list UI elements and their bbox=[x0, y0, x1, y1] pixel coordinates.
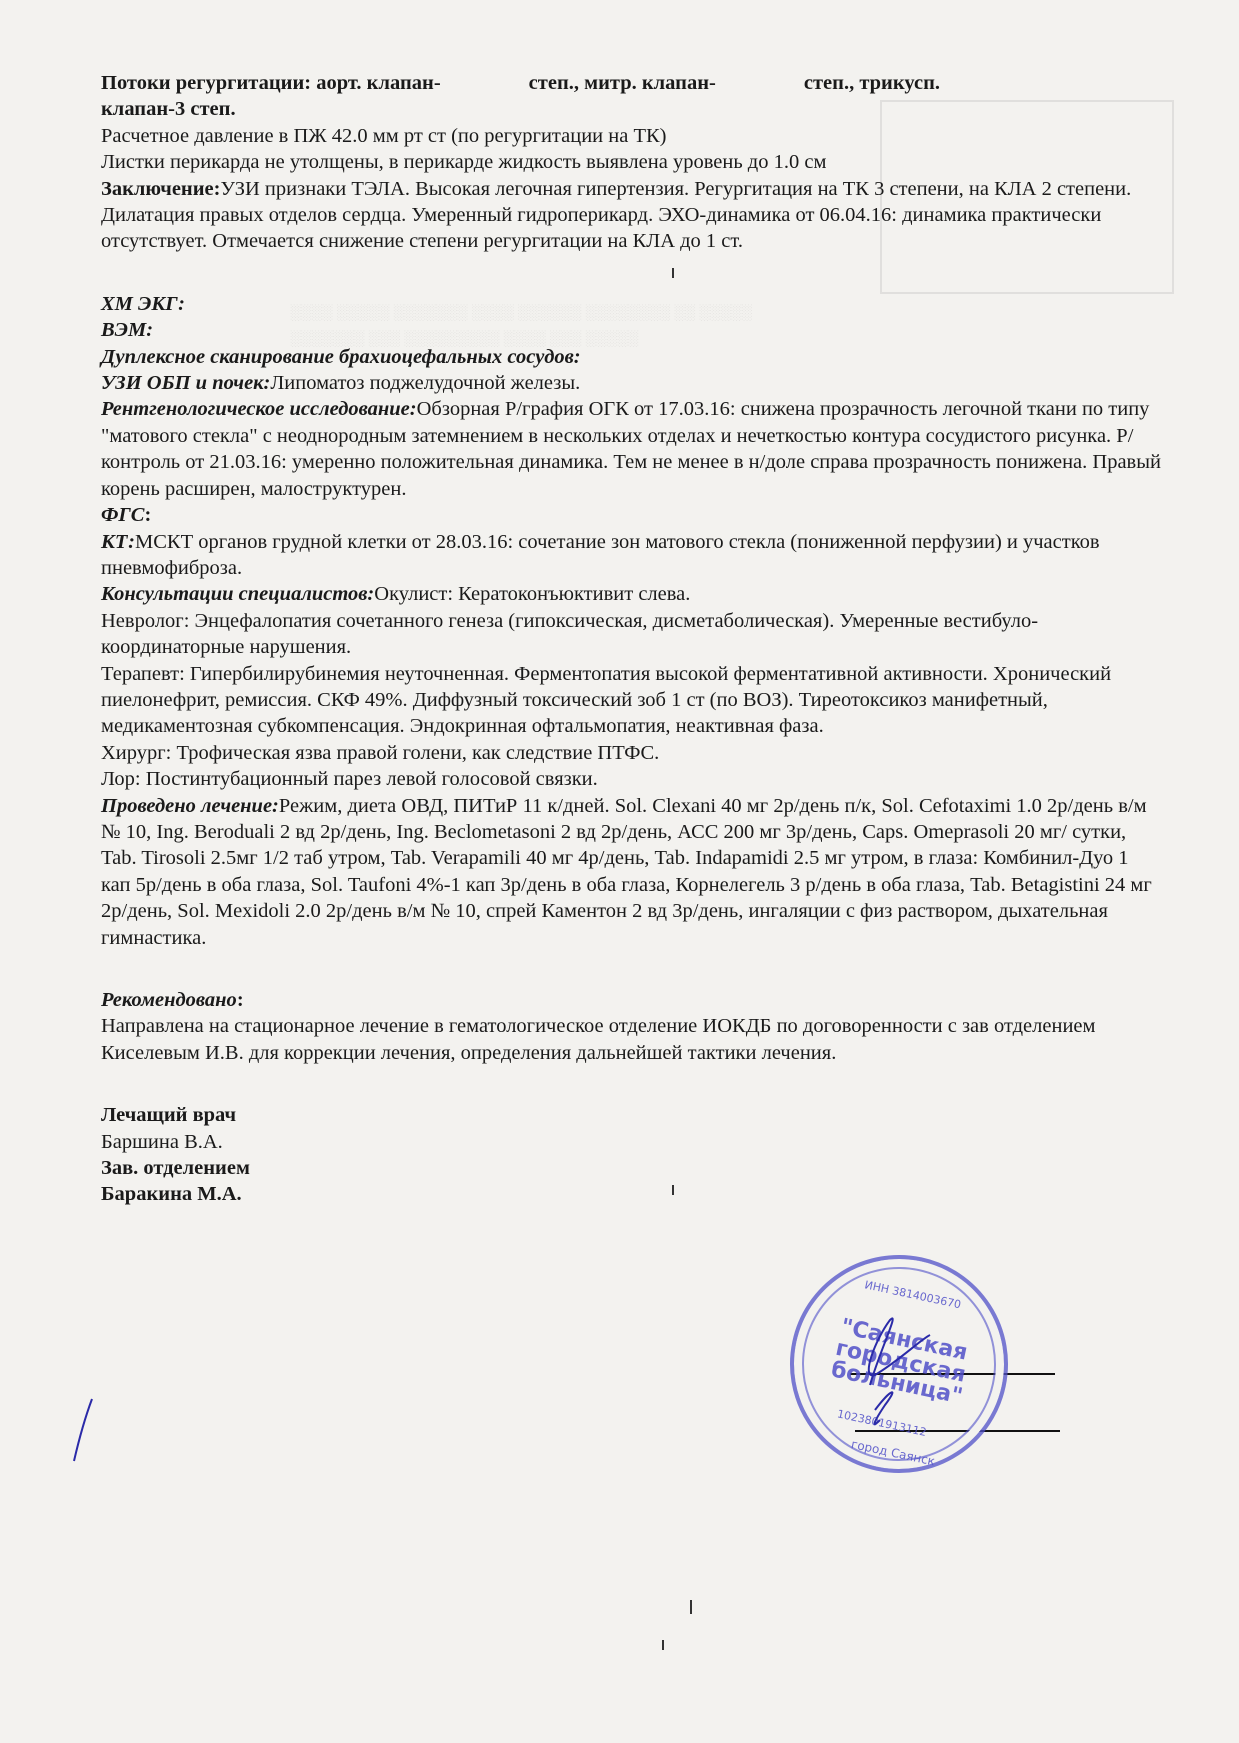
xray-label: Рентгенологическое исследование: bbox=[101, 398, 417, 420]
vem-heading: ВЭМ: bbox=[101, 317, 1161, 343]
regurgitation-mitral: степ., митр. клапан- bbox=[529, 72, 716, 94]
conclusion-label: Заключение: bbox=[101, 178, 220, 200]
uzi-label: УЗИ ОБП и почек: bbox=[101, 372, 270, 394]
treatment-section: Проведено лечение:Режим, диета ОВД, ПИТи… bbox=[101, 793, 1161, 951]
pericardium-text: Листки перикарда не утолщены, в перикард… bbox=[101, 149, 1161, 175]
regurgitation-line-2: клапан-3 степ. bbox=[101, 96, 1161, 122]
recommendation-text: Направлена на стационарное лечение в гем… bbox=[101, 1013, 1161, 1066]
pressure-text: Расчетное давление в ПЖ 42.0 мм рт ст (п… bbox=[101, 123, 1161, 149]
consult-neurologist: Невролог: Энцефалопатия сочетанного гене… bbox=[101, 608, 1161, 661]
conclusion-text: УЗИ признаки ТЭЛА. Высокая легочная гипе… bbox=[101, 178, 1131, 253]
duplex-heading: Дуплексное сканирование брахиоцефальных … bbox=[101, 344, 1161, 370]
handwritten-signature-icon bbox=[830, 1290, 970, 1440]
treatment-text: Режим, диета ОВД, ПИТиР 11 к/дней. Sol. … bbox=[101, 795, 1152, 949]
consultations-section: Консультации специалистов:Окулист: Керат… bbox=[101, 581, 1161, 607]
head-of-department-name: Баракина М.А. bbox=[101, 1181, 1161, 1207]
scan-artifact bbox=[672, 1185, 674, 1195]
regurgitation-line: Потоки регургитации: аорт. клапан-степ.,… bbox=[101, 70, 1161, 96]
scan-artifact bbox=[690, 1600, 692, 1614]
regurgitation-tricuspid: степ., трикусп. bbox=[804, 72, 940, 94]
consult-surgeon: Хирург: Трофическая язва правой голени, … bbox=[101, 740, 1161, 766]
fgs-section: ФГС: bbox=[101, 502, 1161, 528]
scan-artifact bbox=[662, 1640, 664, 1650]
margin-pen-mark-icon bbox=[70, 1395, 100, 1465]
xray-section: Рентгенологическое исследование:Обзорная… bbox=[101, 396, 1161, 502]
consult-ent: Лор: Постинтубационный парез левой голос… bbox=[101, 766, 1161, 792]
consult-oculist: Окулист: Кератоконъюктивит слева. bbox=[374, 583, 690, 605]
uzi-text: Липоматоз поджелудочной железы. bbox=[270, 372, 580, 394]
attending-doctor-name: Баршина В.А. bbox=[101, 1129, 1161, 1155]
stamp-city: город Саянск bbox=[850, 1437, 936, 1468]
attending-doctor-title: Лечащий врач bbox=[101, 1102, 1161, 1128]
consultations-label: Консультации специалистов: bbox=[101, 583, 374, 605]
scan-artifact bbox=[672, 268, 674, 278]
fgs-label: ФГС bbox=[101, 504, 144, 526]
consult-therapist: Терапевт: Гипербилирубинемия неуточненна… bbox=[101, 661, 1161, 740]
recommendation-heading: Рекомендовано: bbox=[101, 987, 1161, 1013]
recommendation-label: Рекомендовано bbox=[101, 989, 237, 1011]
document-body: Потоки регургитации: аорт. клапан-степ.,… bbox=[101, 70, 1161, 1208]
holter-ecg-heading: ХМ ЭКГ: bbox=[101, 291, 1161, 317]
ct-text: МСКТ органов грудной клетки от 28.03.16:… bbox=[101, 531, 1100, 579]
uzi-section: УЗИ ОБП и почек:Липоматоз поджелудочной … bbox=[101, 370, 1161, 396]
echo-conclusion: Заключение:УЗИ признаки ТЭЛА. Высокая ле… bbox=[101, 176, 1161, 255]
head-of-department-title: Зав. отделением bbox=[101, 1155, 1161, 1181]
regurgitation-label: Потоки регургитации: аорт. клапан- bbox=[101, 72, 441, 94]
ct-section: КТ:МСКТ органов грудной клетки от 28.03.… bbox=[101, 529, 1161, 582]
ct-label: КТ: bbox=[101, 531, 135, 553]
treatment-label: Проведено лечение: bbox=[101, 795, 279, 817]
